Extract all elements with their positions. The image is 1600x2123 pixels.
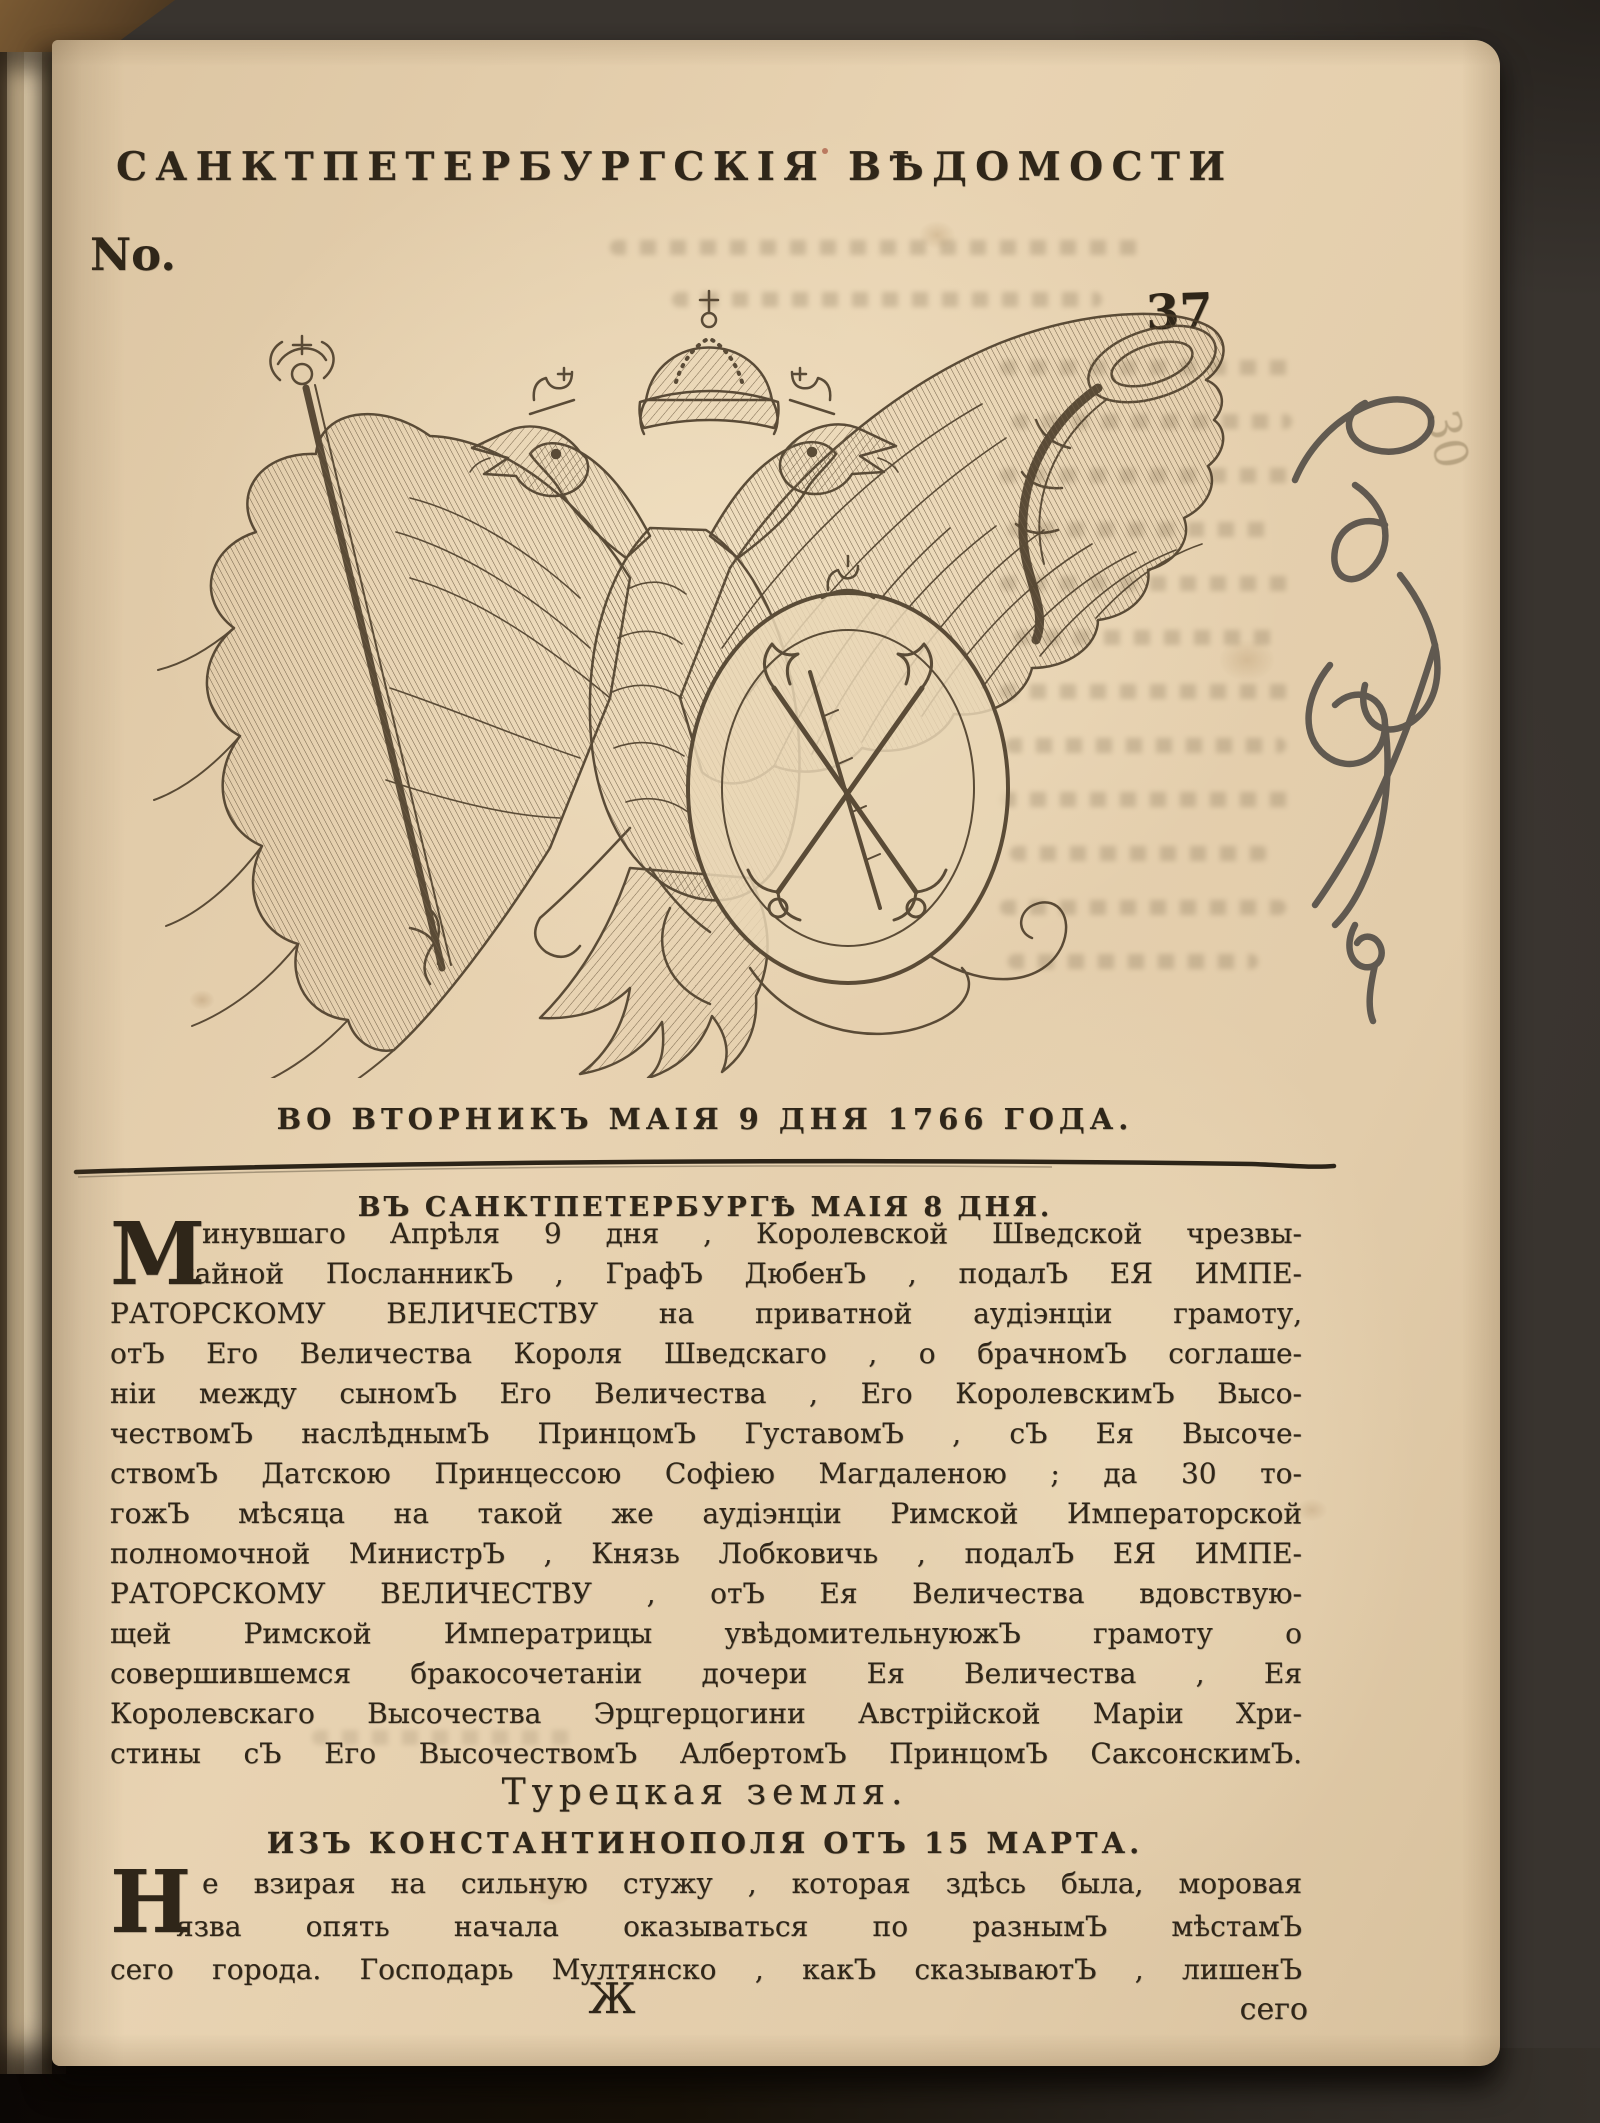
catchword: сего [1108, 1992, 1308, 2027]
drop-cap: Н [110, 1867, 191, 1939]
newspaper-page: САНКТПЕТЕРБУРГСКIЯ ВѢДОМОСТИ No. 37 30 [52, 40, 1500, 2066]
handwritten-annotation [1235, 365, 1470, 1025]
text-line: Королевскаго Высочества Эрцгерцогини Авс… [110, 1694, 1302, 1734]
section-subheading-constantinople: ИЗЪ КОНСТАНТИНОПОЛЯ ОТЪ 15 МАРТА. [110, 1826, 1300, 1860]
text-line: инувшаго Апрѣля 9 дня , Королевской Швед… [202, 1214, 1302, 1254]
signature-mark: Ж [552, 1974, 672, 2023]
paragraph-lines: инувшаго Апрѣля 9 дня , Королевской Швед… [110, 1214, 1302, 1774]
article-paragraph-stpetersburg: М инувшаго Апрѣля 9 дня , Королевской Шв… [110, 1214, 1302, 1774]
scan-background: САНКТПЕТЕРБУРГСКIЯ ВѢДОМОСТИ No. 37 30 [0, 0, 1600, 2123]
text-line: язва опять начала оказываться по разнымЪ… [176, 1905, 1302, 1948]
article-paragraph-constantinople: Н е взирая на сильную стужу , которая зд… [110, 1862, 1302, 1991]
text-line: щей Римской Императрицы увѣдомительнуюжЪ… [110, 1614, 1302, 1654]
text-line: сего города. Господарь Мултянско , какЪ … [110, 1948, 1302, 1991]
ink-showthrough [610, 240, 1150, 255]
text-line: е взирая на сильную стужу , которая здѣс… [202, 1862, 1302, 1905]
text-line: гожЪ мѣсяца на такой же аудіэнціи Римско… [110, 1494, 1302, 1534]
imperial-eagle-emblem [110, 268, 1250, 1078]
text-line: чайной ПосланникЪ , ГрафЪ ДюбенЪ , подал… [176, 1254, 1302, 1294]
date-line: ВО ВТОРНИКЪ МАІЯ 9 ДНЯ 1766 ГОДА. [110, 1102, 1300, 1136]
text-line: ствомЪ Датскою Принцессою Софіею Магдале… [110, 1454, 1302, 1494]
text-line: полномочной МинистрЪ , Князь Лобковичь ,… [110, 1534, 1302, 1574]
text-line: РАТОРСКОМУ ВЕЛИЧЕСТВУ на приватной аудіэ… [110, 1294, 1302, 1334]
text-line: совершившемся бракосочетаніи дочери Ея В… [110, 1654, 1302, 1694]
section-heading-turkey: Турецкая земля. [110, 1772, 1300, 1813]
text-line: чествомЪ наслѣднымЪ ПринцомЪ ГуставомЪ ,… [110, 1414, 1302, 1454]
text-line: РАТОРСКОМУ ВЕЛИЧЕСТВУ , отЪ Ея Величеств… [110, 1574, 1302, 1614]
paragraph-lines: е взирая на сильную стужу , которая здѣс… [110, 1862, 1302, 1991]
divider-rule [72, 1152, 1342, 1186]
text-line: стины сЪ Его ВысочествомЪ АлбертомЪ Прин… [110, 1734, 1302, 1774]
imperial-crown-icon [640, 291, 779, 434]
masthead-title: САНКТПЕТЕРБУРГСКIЯ ВѢДОМОСТИ [116, 144, 1206, 190]
text-line: отЪ Его Величества Короля Шведскаго , о … [110, 1334, 1302, 1374]
text-line: ніи между сыномЪ Его Величества , Его Ко… [110, 1374, 1302, 1414]
drop-cap: М [110, 1219, 205, 1291]
